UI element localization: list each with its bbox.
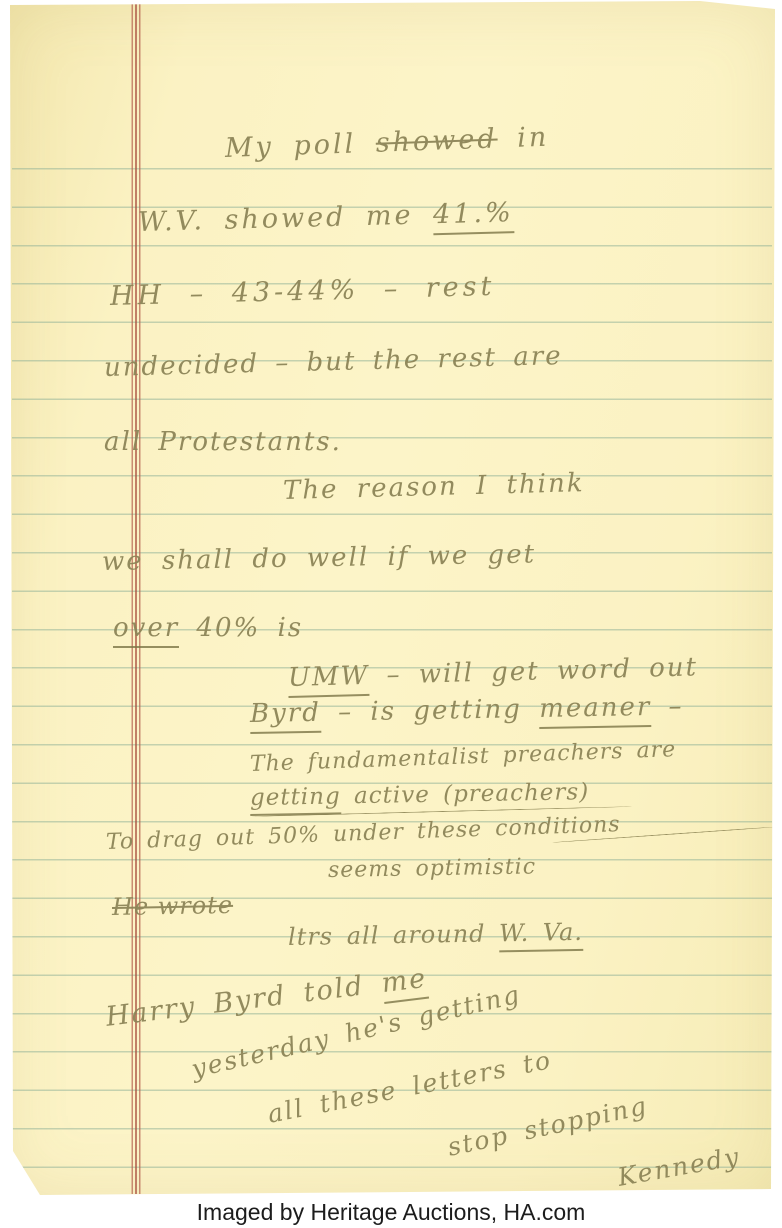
- caption: Imaged by Heritage Auctions, HA.com: [0, 1197, 782, 1228]
- handwritten-line: seems optimistic: [328, 854, 536, 883]
- hw-segment: me: [380, 963, 430, 1004]
- hw-segment: W. Va.: [499, 918, 583, 952]
- hw-segment: ltrs all around: [288, 919, 500, 951]
- handwritten-line: all Protestants.: [104, 427, 342, 457]
- handwritten-line: ltrs all around W. Va.: [288, 918, 583, 951]
- hw-segment: – is getting: [321, 694, 540, 728]
- hw-segment: He wrote: [112, 891, 234, 921]
- auction-photo: My poll showed in W.V. showed me 41.% HH…: [0, 0, 782, 1228]
- handwritten-line: My poll showed in: [224, 122, 549, 164]
- hw-segment: seems optimistic: [328, 854, 536, 883]
- hw-segment: Byrd: [250, 698, 321, 734]
- hw-segment: showed: [375, 123, 498, 158]
- hw-segment: meaner: [539, 692, 652, 729]
- hw-segment: getting: [250, 783, 341, 816]
- hw-segment: UMW: [288, 661, 370, 698]
- hw-segment: 41.%: [433, 197, 515, 235]
- handwritten-line: over 40% is: [113, 613, 303, 643]
- hw-segment: all Protestants.: [104, 427, 342, 457]
- hw-segment: active (preachers): [340, 779, 589, 809]
- hw-segment: over: [113, 613, 179, 648]
- handwritten-line: Byrd – is getting meaner –: [250, 691, 684, 729]
- hw-segment: –: [651, 691, 684, 722]
- hw-segment: 40% is: [179, 613, 303, 643]
- hw-segment: in: [497, 122, 550, 155]
- handwritten-line: He wrote: [112, 891, 234, 921]
- hw-segment: My poll: [224, 128, 376, 164]
- legal-pad-page: My poll showed in W.V. showed me 41.% HH…: [0, 0, 782, 1200]
